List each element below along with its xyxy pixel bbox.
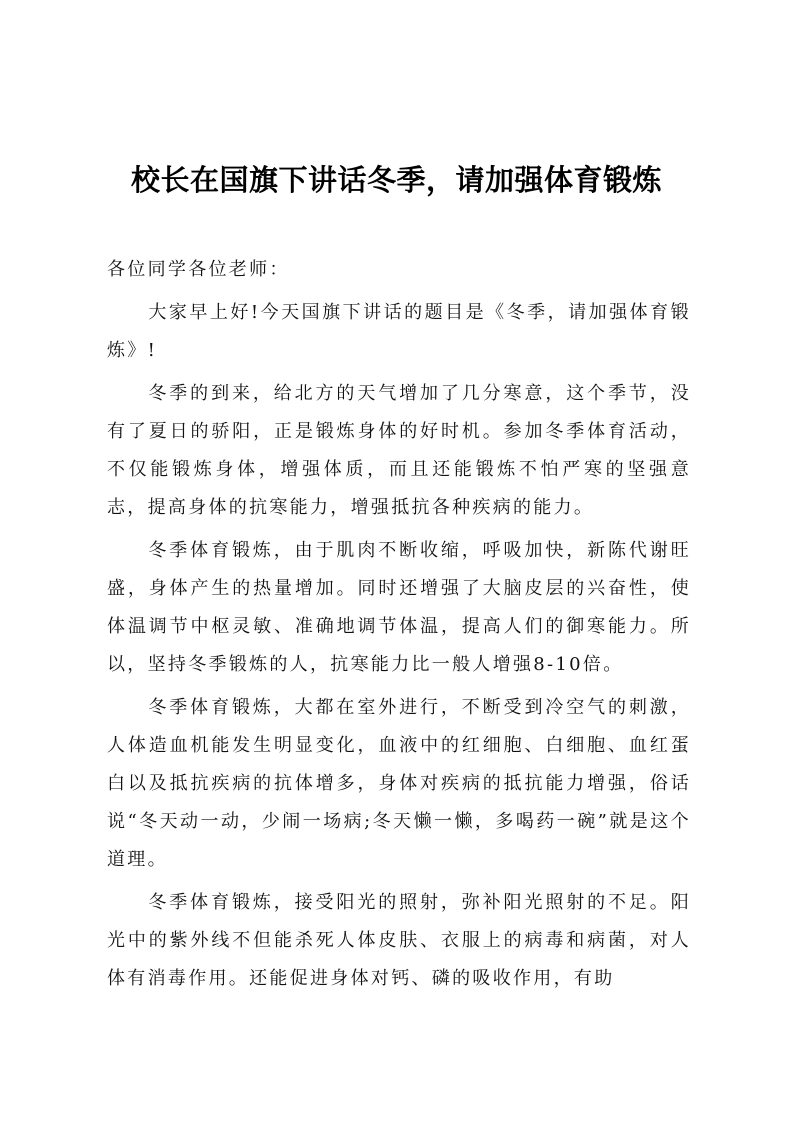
document-body: 各位同学各位老师： 大家早上好!今天国旗下讲话的题目是《冬季，请加强体育锻炼》!…	[107, 251, 691, 1003]
salutation: 各位同学各位老师：	[107, 251, 691, 289]
paragraph-winter-arrival: 冬季的到来，给北方的天气增加了几分寒意，这个季节，没有了夏日的骄阳，正是锻炼身体…	[107, 375, 691, 527]
paragraph-metabolism: 冬季体育锻炼，由于肌肉不断收缩，呼吸加快，新陈代谢旺盛，身体产生的热量增加。同时…	[107, 532, 691, 684]
paragraph-immunity: 冬季体育锻炼，大都在室外进行，不断受到冷空气的刺激，人体造血机能发生明显变化，血…	[107, 689, 691, 879]
document-title: 校长在国旗下讲话冬季，请加强体育锻炼	[0, 158, 793, 202]
paragraph-sunlight: 冬季体育锻炼，接受阳光的照射，弥补阳光照射的不足。阳光中的紫外线不但能杀死人体皮…	[107, 884, 691, 998]
document-page: 校长在国旗下讲话冬季，请加强体育锻炼 各位同学各位老师： 大家早上好!今天国旗下…	[0, 0, 793, 1122]
paragraph-greeting: 大家早上好!今天国旗下讲话的题目是《冬季，请加强体育锻炼》!	[107, 294, 691, 370]
